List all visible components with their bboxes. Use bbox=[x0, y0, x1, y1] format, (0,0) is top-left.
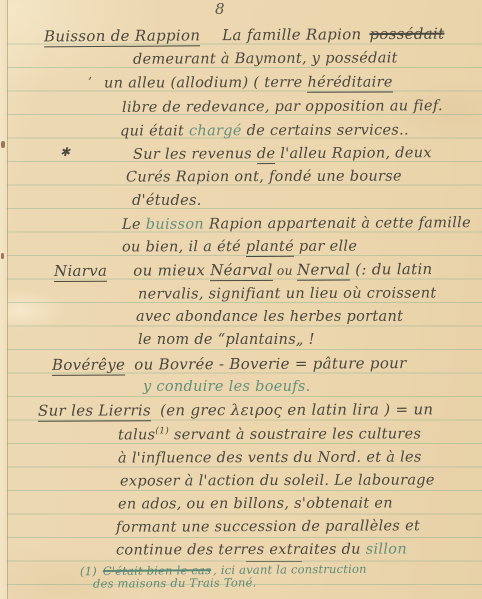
handwriting-line: ou bien, il a été planté par elle bbox=[122, 240, 357, 257]
handwriting-line: qui était chargé de certains services.. bbox=[120, 123, 409, 140]
handwriting-text: planté bbox=[246, 239, 294, 257]
handwriting-text: sillon bbox=[366, 541, 407, 557]
handwriting-line: Buisson de RappionLa famille Rapionpossé… bbox=[44, 26, 445, 45]
handwriting-text: en ados, ou en billons, s'obtenait en bbox=[118, 496, 393, 513]
handwriting-line: des maisons du Trais Toné. bbox=[93, 576, 256, 590]
handwriting-text: ou bbox=[273, 264, 297, 278]
handwriting-line: formant une succession de parallèles et bbox=[116, 519, 420, 537]
handwriting-text: d'études. bbox=[132, 193, 202, 209]
handwriting-line: ✱ bbox=[60, 146, 70, 159]
handwriting-line: Sur les Lierris (en grec λειρος en latin… bbox=[38, 401, 433, 419]
handwriting-line: Sur les revenus de l'alleu Rapion, deux bbox=[133, 146, 432, 164]
handwriting-text: y conduire les boeufs. bbox=[143, 379, 311, 395]
handwriting-text: continue des terres extraites du bbox=[116, 542, 366, 559]
handwriting-text: buisson bbox=[146, 216, 204, 232]
handwriting-line: demeurant à Baymont, y possédait bbox=[133, 51, 398, 68]
handwriting-text: Rapion appartenait à cette famille bbox=[204, 215, 471, 232]
handwriting-text: exposer à l'action du soleil. Le laboura… bbox=[120, 472, 435, 489]
handwriting-text: Sur les revenus bbox=[133, 146, 257, 163]
handwriting-line: à l'influence des vents du Nord. et à le… bbox=[118, 450, 422, 467]
handwriting-line: talus(1) servant à soustraire les cultur… bbox=[118, 426, 421, 444]
handwriting-text: Le bbox=[122, 217, 146, 233]
handwriting-text: chargé bbox=[189, 123, 242, 139]
handwriting-text: (1) bbox=[155, 426, 169, 436]
handwriting-text: l'alleu Rapion, deux bbox=[275, 145, 432, 162]
handwriting-line: Bovérêye ou Bovrée - Boverie = pâture po… bbox=[52, 355, 407, 373]
keyword-bovereye: Bovérêye bbox=[52, 356, 125, 376]
handwriting-text: ou mieux bbox=[133, 261, 210, 279]
paper-edge-speck bbox=[1, 141, 5, 148]
handwriting-text: Néarval bbox=[210, 261, 273, 281]
handwriting-text: héréditaire bbox=[307, 74, 392, 92]
handwriting-line: y conduire les boeufs. bbox=[143, 380, 311, 396]
handwriting-line: en ados, ou en billons, s'obtenait en bbox=[118, 497, 393, 514]
margin-tick-mark: ’ bbox=[88, 75, 92, 89]
handwriting-line: Niarvaou mieux Néarval ou Nerval (: du l… bbox=[54, 261, 433, 279]
handwriting-line: continue des terres extraites du sillon bbox=[116, 542, 407, 559]
handwriting-line: Curés Rapion ont, fondé une bourse bbox=[126, 170, 402, 187]
handwriting-text: libre de redevance, par opposition au fi… bbox=[122, 98, 443, 116]
handwriting-text: (: du latin bbox=[350, 260, 432, 278]
handwriting-text: demeurant à Baymont, y possédait bbox=[133, 50, 398, 67]
handwriting-line: Le buisson Rapion appartenait à cette fa… bbox=[122, 216, 471, 234]
handwriting-text: avec abondance les herbes portant bbox=[136, 309, 403, 325]
handwriting-text: possédait bbox=[369, 25, 444, 44]
handwriting-line: le nom de “plantains„ ! bbox=[138, 333, 315, 349]
handwriting-line: d'études. bbox=[132, 194, 202, 210]
keyword-buisson-de-rappion: Buisson de Rappion bbox=[44, 26, 200, 47]
handwriting-text: talus bbox=[118, 427, 155, 443]
notebook-page: 8 Buisson de RappionLa famille Rapionpos… bbox=[0, 0, 482, 599]
paper-edge-speck bbox=[1, 253, 4, 259]
handwriting-text: (en grec λειρος en latin lira ) = un bbox=[155, 400, 433, 419]
margin-asterisk-mark: ✱ bbox=[60, 145, 70, 159]
handwriting-text: ou Bovrée - Boverie = pâture pour bbox=[129, 354, 406, 373]
handwriting-text: le nom de “plantains„ ! bbox=[138, 332, 315, 348]
handwriting-text: formant une succession de parallèles et bbox=[116, 518, 420, 536]
handwriting-text: ou bien, il a été bbox=[122, 239, 246, 255]
handwriting-line: nervalis, signifiant un lieu où croissen… bbox=[138, 286, 437, 303]
handwriting-text: Nerval bbox=[297, 260, 350, 280]
handwriting-text: nervalis, signifiant un lieu où croissen… bbox=[138, 285, 437, 302]
handwriting-text: servant à soustraire les cultures bbox=[169, 426, 421, 443]
handwriting-line: exposer à l'action du soleil. Le laboura… bbox=[120, 473, 435, 490]
handwriting-line: avec abondance les herbes portant bbox=[136, 310, 403, 326]
keyword-sur-les-lierris: Sur les Lierris bbox=[38, 401, 151, 421]
handwriting-layer: Buisson de RappionLa famille Rapionpossé… bbox=[0, 0, 482, 599]
handwriting-text: qui était bbox=[120, 123, 189, 139]
handwriting-text: à l'influence des vents du Nord. et à le… bbox=[118, 449, 422, 466]
handwriting-text: par elle bbox=[294, 239, 357, 255]
handwriting-text: des maisons du Trais Toné. bbox=[93, 575, 257, 590]
handwriting-line: ’ bbox=[88, 76, 92, 89]
handwriting-text: un alleu (allodium) ( terre bbox=[104, 75, 308, 92]
handwriting-text: de bbox=[257, 146, 276, 164]
handwriting-text: Curés Rapion ont, fondé une bourse bbox=[126, 169, 402, 186]
handwriting-text: La famille Rapion bbox=[222, 25, 361, 44]
keyword-niarva: Niarva bbox=[54, 262, 107, 282]
handwriting-line: libre de redevance, par opposition au fi… bbox=[122, 99, 443, 117]
handwriting-text: de certains services.. bbox=[242, 122, 409, 139]
handwriting-line: un alleu (allodium) ( terre héréditaire bbox=[104, 75, 393, 92]
